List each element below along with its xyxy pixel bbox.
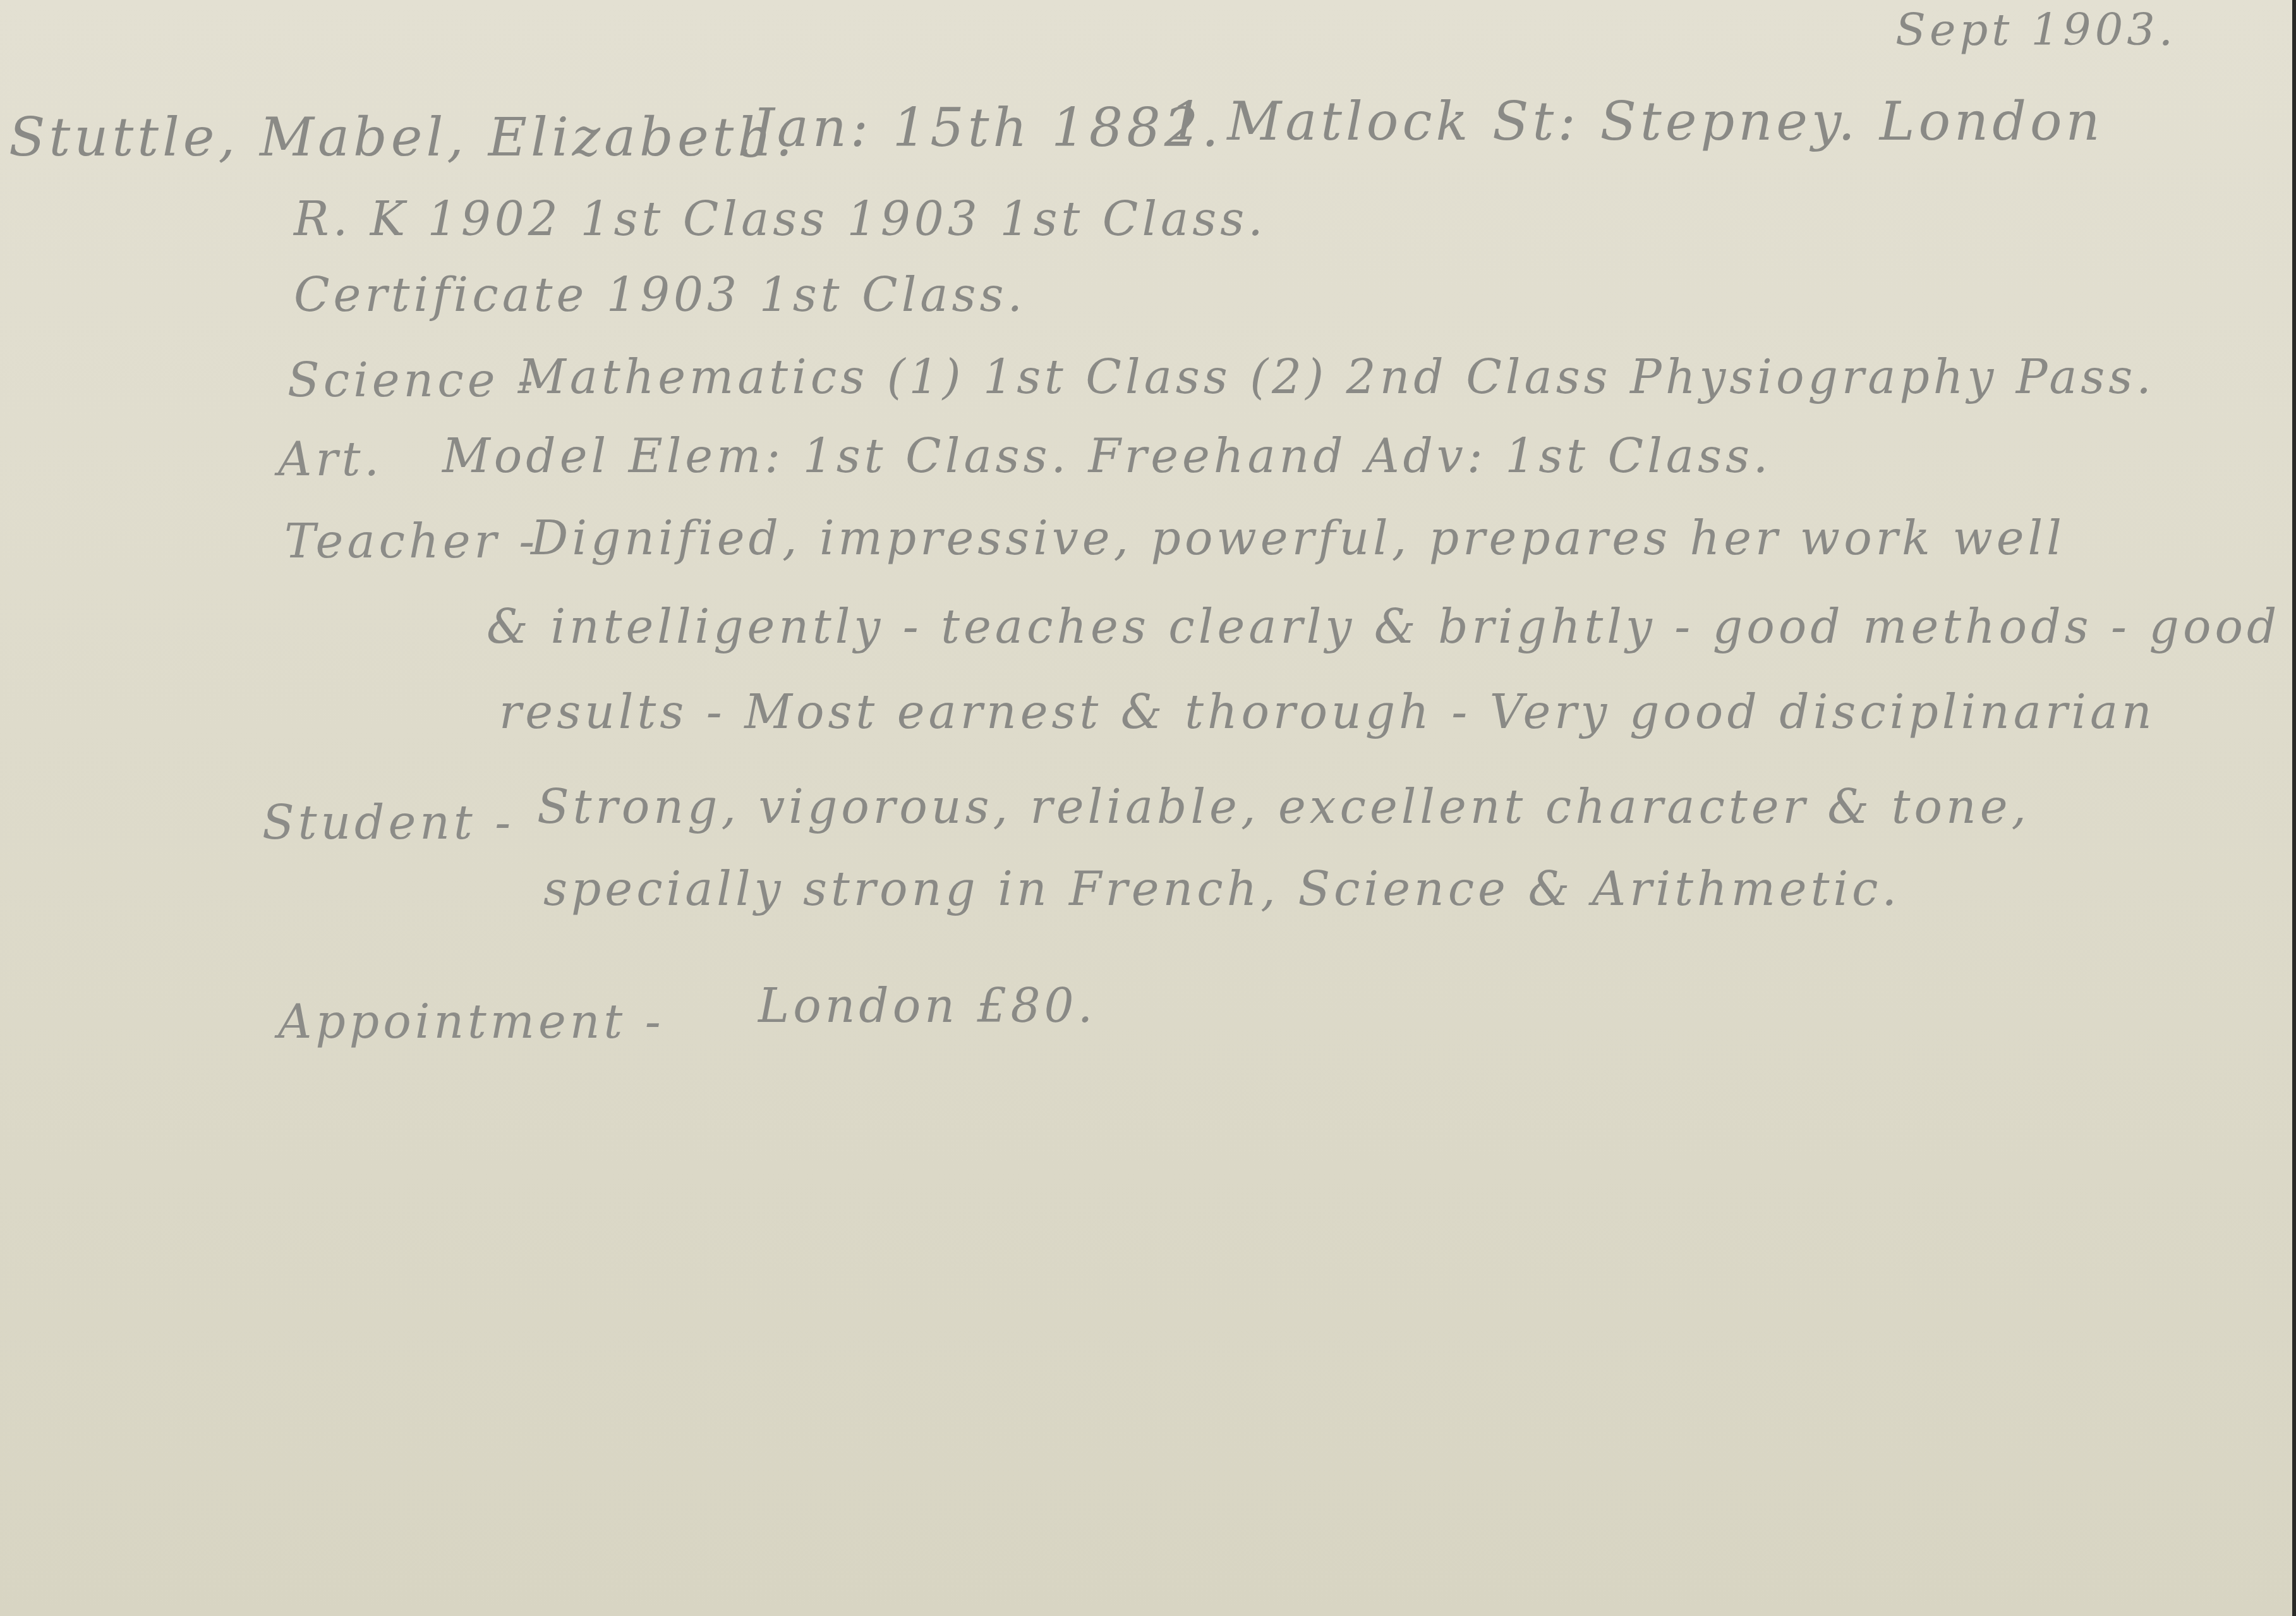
science-results: Mathematics (1) 1st Class (2) 2nd Class … <box>518 354 2155 401</box>
record-page: Sept 1903. Stuttle, Mabel, Elizabeth. Ja… <box>0 0 2296 1616</box>
appointment-label: Appointment - <box>278 999 665 1045</box>
entry-date: Sept 1903. <box>1895 8 2177 52</box>
appointment-value: London £80. <box>758 983 1096 1030</box>
student-remarks-line-2: specially strong in French, Science & Ar… <box>543 866 1900 913</box>
art-label: Art. <box>278 436 383 483</box>
birth-date: Jan: 15th 1882. <box>752 101 1223 154</box>
art-results: Model Elem: 1st Class. Freehand Adv: 1st… <box>442 433 1772 480</box>
exam-results: R. K 1902 1st Class 1903 1st Class. <box>294 196 1267 243</box>
teacher-remarks-line-2: & intelligently - teaches clearly & brig… <box>486 604 2280 650</box>
student-remarks-line-1: Strong, vigorous, reliable, excellent ch… <box>537 784 2030 830</box>
teacher-remarks-line-1: Dignified, impressive, powerful, prepare… <box>531 515 2065 562</box>
student-label: Student - <box>262 799 514 846</box>
student-name: Stuttle, Mabel, Elizabeth. <box>9 111 796 164</box>
teacher-remarks-line-3: results - Most earnest & thorough - Very… <box>499 689 2156 736</box>
science-label: Science - <box>287 357 537 404</box>
address: 1 Matlock St: Stepney. London <box>1169 95 2104 148</box>
teacher-label: Teacher - <box>284 518 538 565</box>
certificate-result: Certificate 1903 1st Class. <box>294 272 1026 319</box>
